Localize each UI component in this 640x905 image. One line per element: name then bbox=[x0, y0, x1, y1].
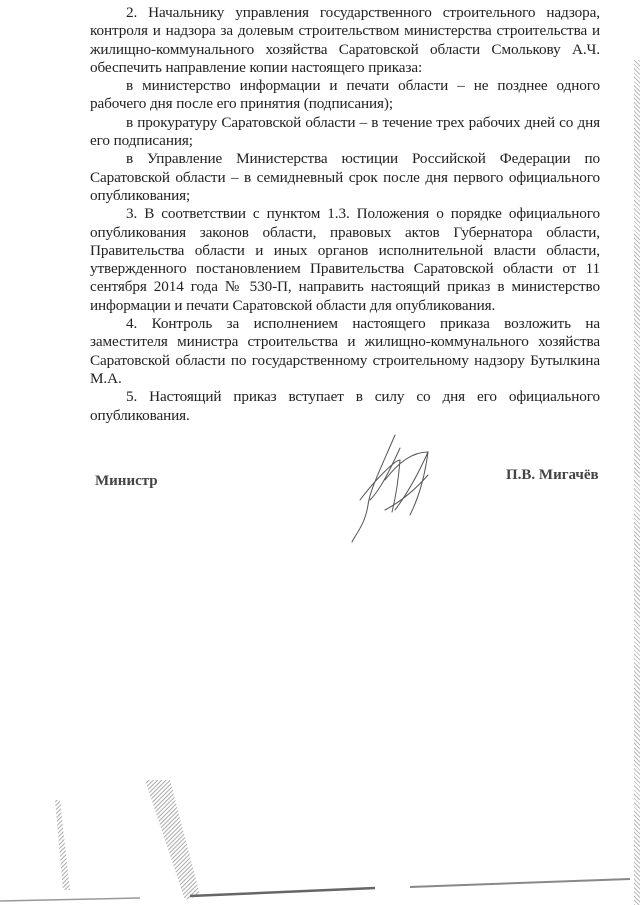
handwritten-signature-icon bbox=[340, 430, 470, 550]
scanned-document-page: 2. Начальнику управления государственног… bbox=[0, 0, 640, 905]
scan-bottom-artifacts bbox=[0, 780, 640, 905]
signatory-title: Министр bbox=[95, 473, 158, 490]
signature-block: Министр П.В. Мигачёв bbox=[0, 0, 640, 905]
signatory-name: П.В. Мигачёв bbox=[506, 467, 599, 484]
scan-edge-shadow bbox=[634, 60, 640, 905]
